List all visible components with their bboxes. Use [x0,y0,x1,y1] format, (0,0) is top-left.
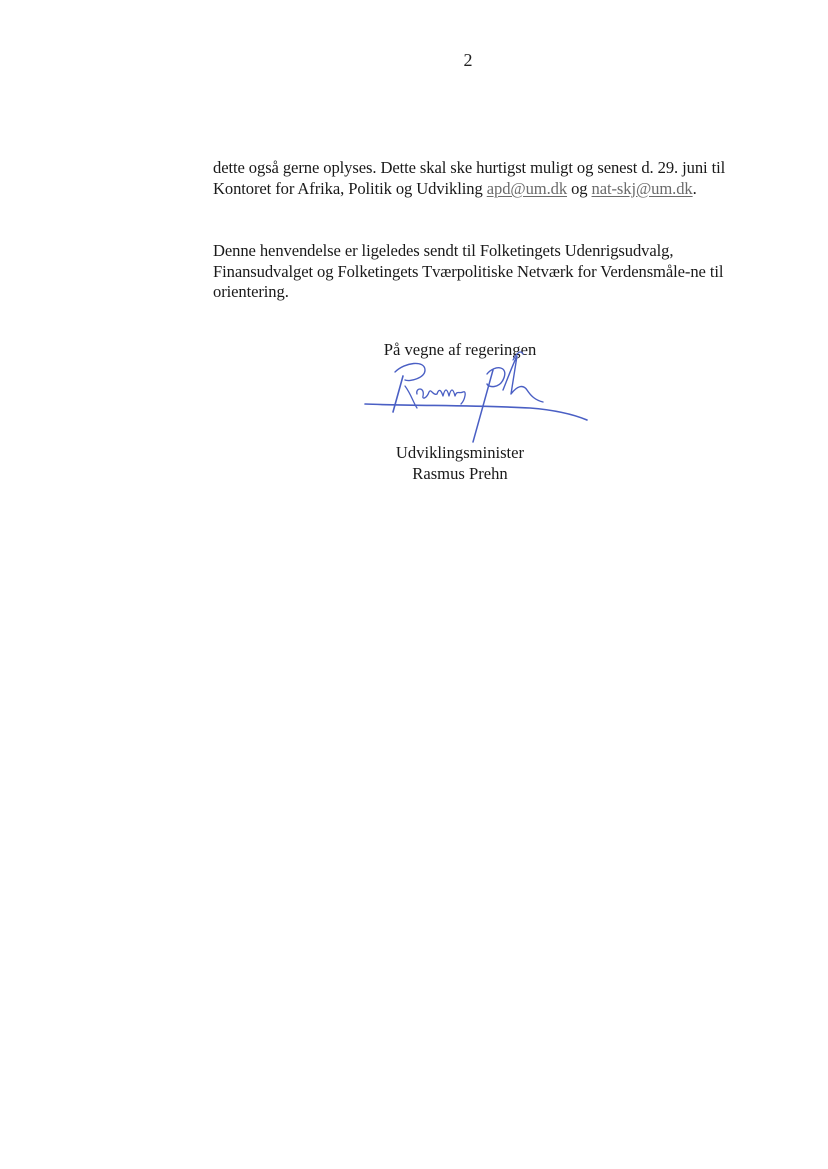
signatory-title: Udviklingsminister [330,443,590,464]
paragraph-deadline-conjunction: og [567,179,592,198]
handwritten-signature-icon [355,350,595,450]
page-number: 2 [0,50,828,71]
paragraph-deadline-end: . [693,179,697,198]
paragraph-distribution: Denne henvendelse er ligeledes sendt til… [213,241,733,303]
signatory-name: Rasmus Prehn [330,464,590,485]
paragraph-deadline: dette også gerne oplyses. Dette skal ske… [213,158,733,199]
email-link-nat-skj[interactable]: nat-skj@um.dk [592,179,693,198]
email-link-apd[interactable]: apd@um.dk [487,179,567,198]
